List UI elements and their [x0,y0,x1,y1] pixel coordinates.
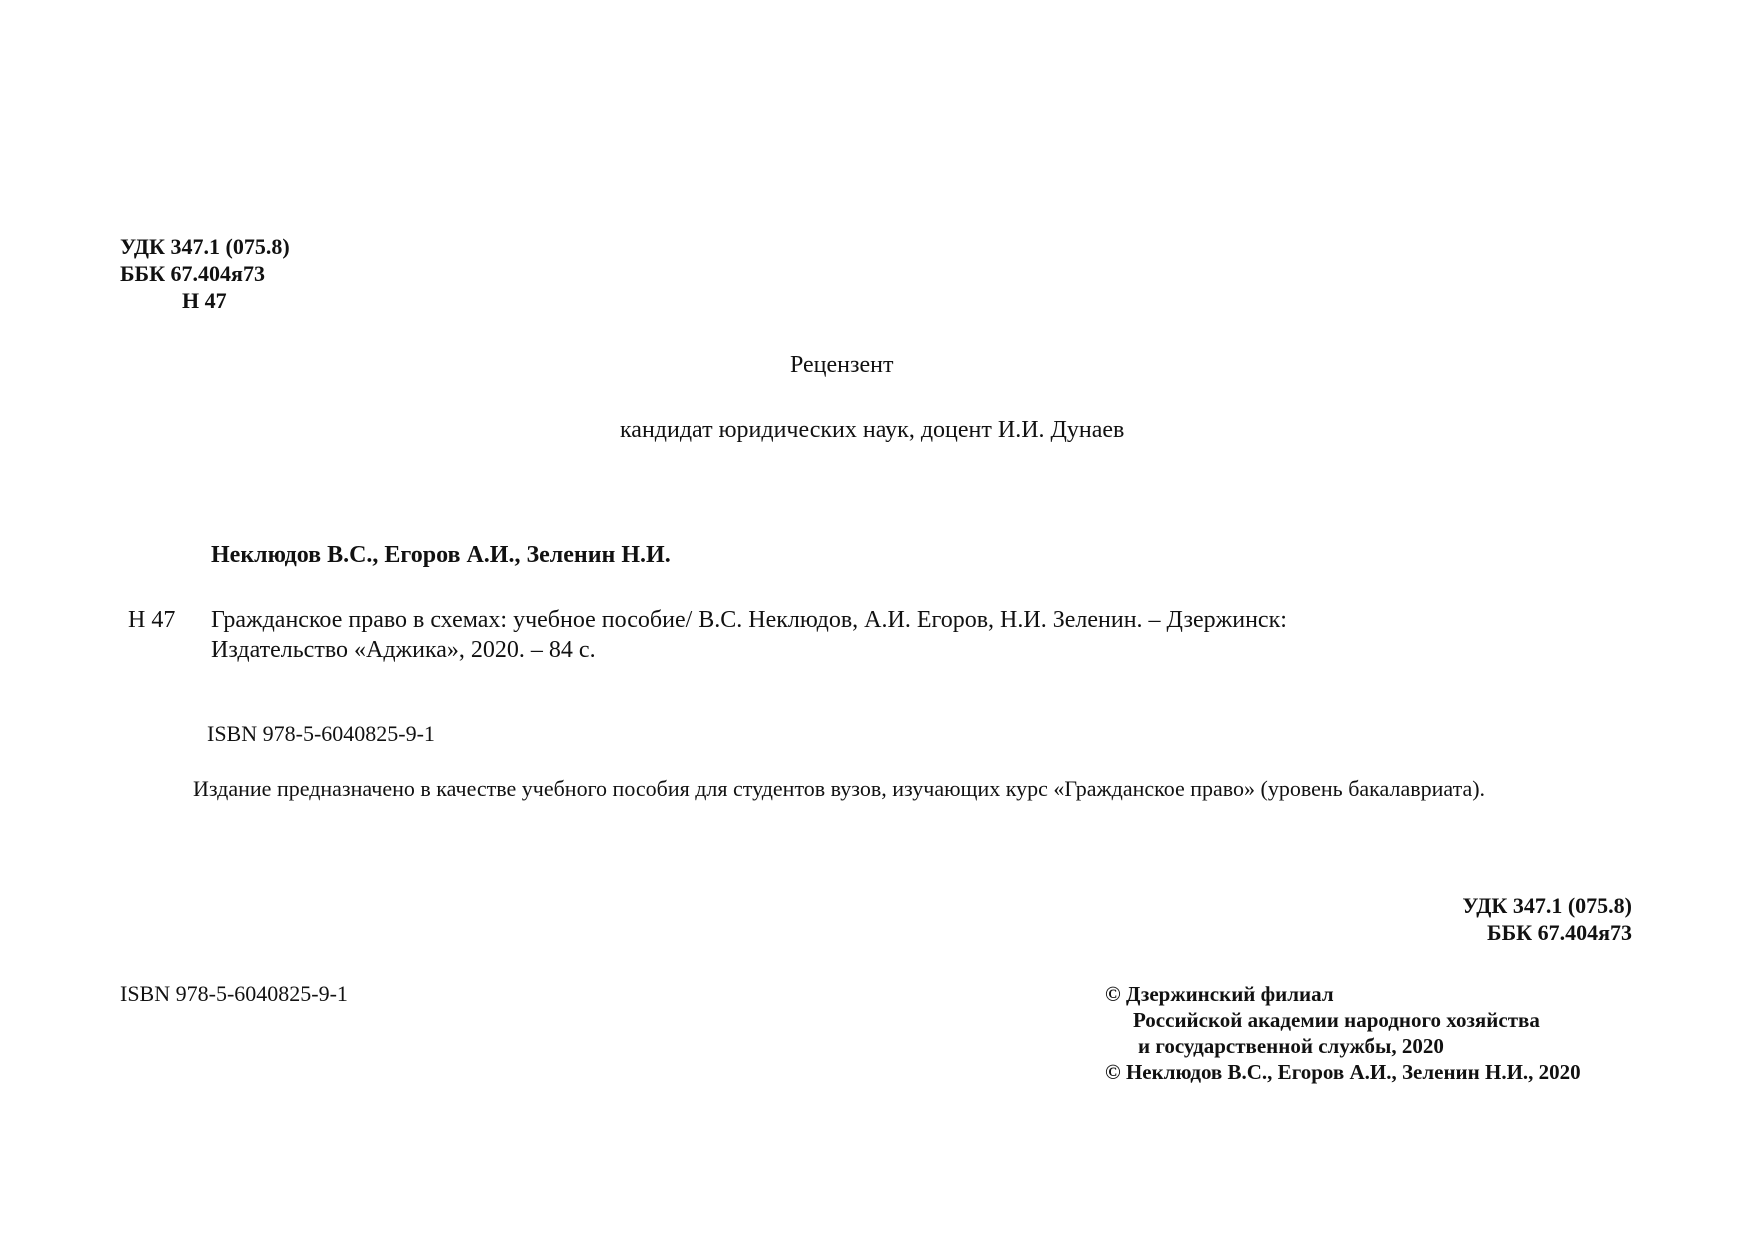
isbn-bottom: ISBN 978-5-6040825-9-1 [120,980,348,1007]
bbk-code-bottom: ББК 67.404я73 [1462,919,1632,946]
copyright-institution-cont2: и государственной службы, 2020 [1105,1033,1581,1059]
copyright-institution-cont1: Российской академии народного хозяйства [1105,1007,1581,1033]
copyright-authors: © Неклюдов В.С., Егоров А.И., Зеленин Н.… [1105,1059,1581,1085]
bbk-code: ББК 67.404я73 [120,260,290,287]
authors-heading: Неклюдов В.С., Егоров А.И., Зеленин Н.И. [211,541,671,570]
bibliographic-description-line2: Издательство «Аджика», 2020. – 84 с. [211,636,596,665]
isbn-mid: ISBN 978-5-6040825-9-1 [207,720,435,747]
copyright-institution: © Дзержинский филиал [1105,981,1581,1007]
reviewer-title: Рецензент [790,351,890,380]
classification-block-bottom: УДК 347.1 (075.8) ББК 67.404я73 [1462,892,1632,946]
reviewer-name: кандидат юридических наук, доцент И.И. Д… [620,416,1124,445]
udk-code-bottom: УДК 347.1 (075.8) [1462,892,1632,919]
bibliographic-description-line1: Гражданское право в схемах: учебное посо… [211,606,1287,635]
bibliographic-code: Н 47 [128,606,175,635]
annotation-paragraph: Издание предназначено в качестве учебног… [120,774,1634,804]
author-mark: Н 47 [120,287,290,314]
udk-code: УДК 347.1 (075.8) [120,233,290,260]
copyright-block: © Дзержинский филиал Российской академии… [1105,981,1581,1085]
classification-block-top: УДК 347.1 (075.8) ББК 67.404я73 Н 47 [120,233,290,314]
